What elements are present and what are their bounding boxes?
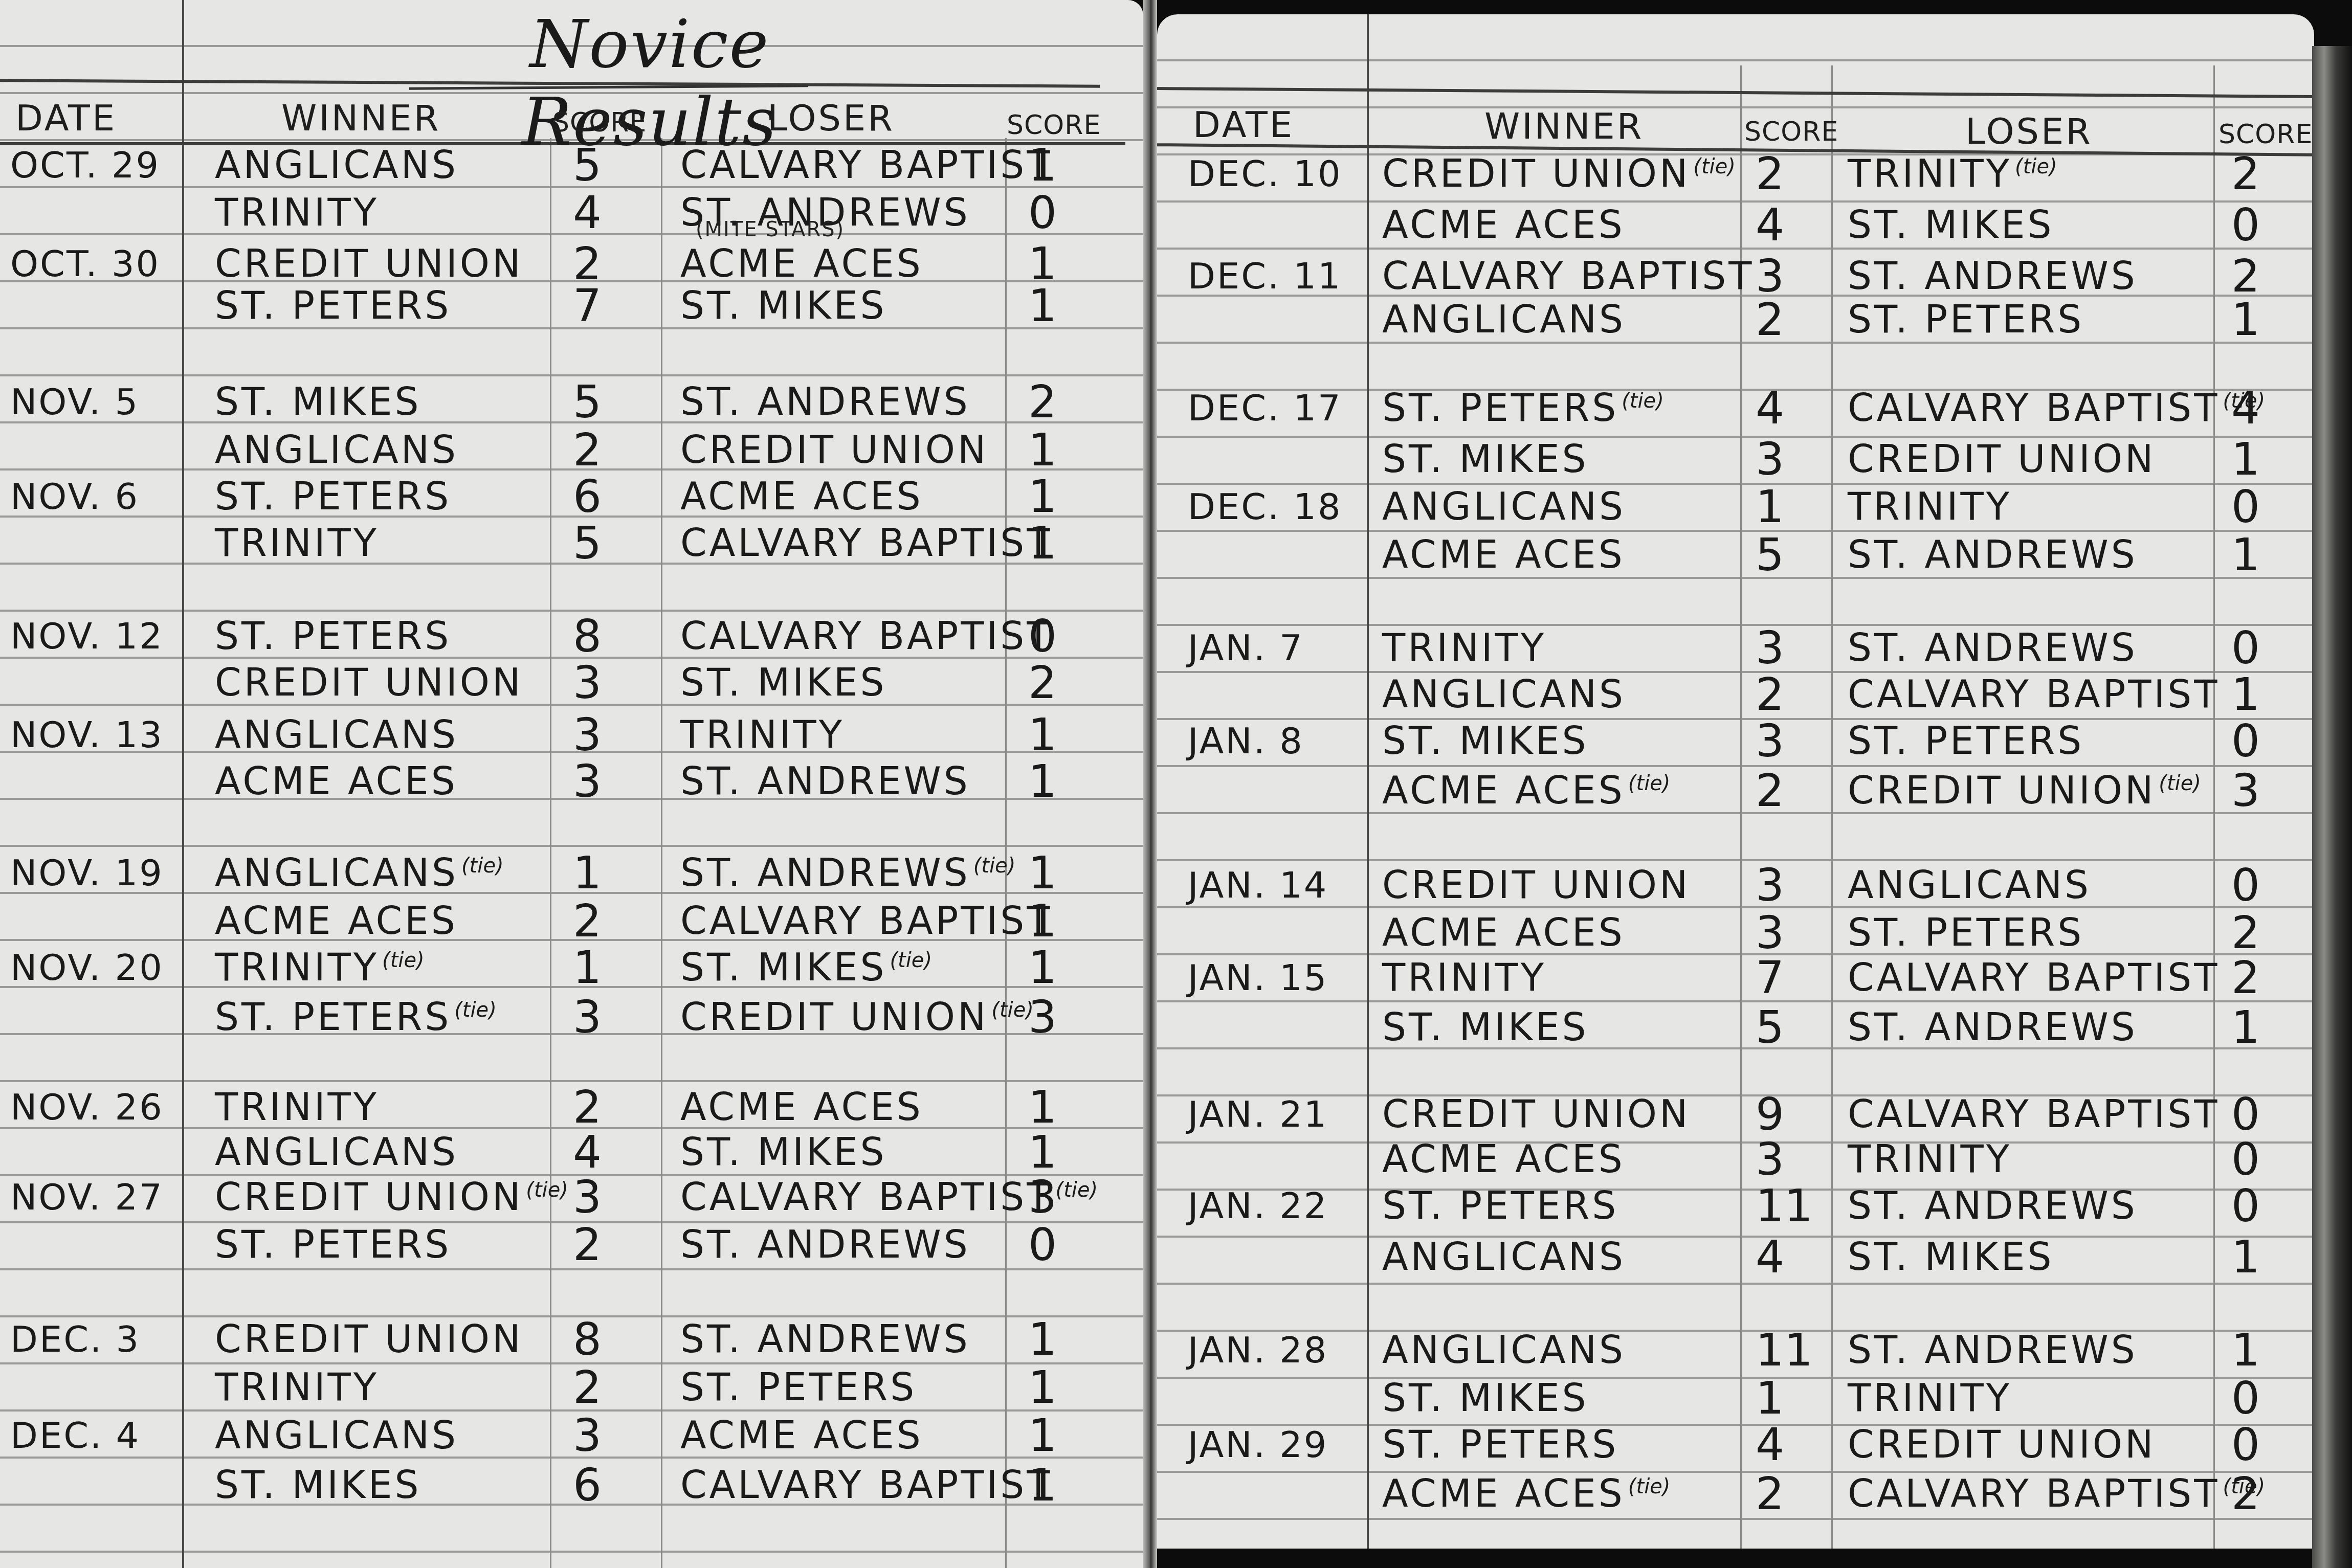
header-winner: WINNER bbox=[1484, 105, 1644, 147]
header-loser: LOSER bbox=[767, 97, 895, 139]
loser-score: 1 bbox=[2231, 297, 2260, 342]
loser-score: 0 bbox=[2231, 863, 2260, 908]
winner-score: 4 bbox=[573, 1130, 602, 1175]
header-loser-score: SCORE bbox=[2218, 119, 2313, 150]
winner-score: 7 bbox=[573, 283, 602, 328]
game-date: NOV. 26 bbox=[10, 1089, 164, 1125]
book-spine bbox=[1143, 0, 1157, 1568]
winner-score: 1 bbox=[1756, 484, 1784, 529]
loser-team: TRINITY bbox=[1848, 1140, 2012, 1178]
loser-score: 1 bbox=[1028, 1463, 1057, 1508]
winner-score: 3 bbox=[573, 1175, 602, 1220]
column-divider-loser bbox=[661, 138, 662, 1568]
tie-marker: (tie) bbox=[1056, 1178, 1098, 1202]
loser-score: 0 bbox=[1028, 190, 1057, 235]
winner-team: ST. PETERS bbox=[215, 617, 451, 655]
winner-score: 8 bbox=[573, 1317, 602, 1362]
winner-score: 2 bbox=[1756, 672, 1784, 717]
loser-team: CALVARY BAPTIST bbox=[680, 617, 1053, 655]
winner-team: ANGLICANS bbox=[1382, 301, 1626, 339]
loser-team: TRINITY bbox=[680, 716, 845, 754]
column-divider-date bbox=[182, 0, 184, 1568]
loser-score: 1 bbox=[2231, 1328, 2260, 1373]
loser-score: 0 bbox=[2231, 625, 2260, 670]
loser-team: CALVARY BAPTIST bbox=[1848, 1095, 2220, 1133]
winner-team: ST. MIKES bbox=[1382, 1009, 1588, 1046]
loser-score: 2 bbox=[2231, 1471, 2260, 1516]
game-date: OCT. 29 bbox=[10, 147, 160, 183]
loser-score: 1 bbox=[1028, 283, 1057, 328]
winner-team: ST. MIKES bbox=[215, 383, 421, 421]
loser-score: 2 bbox=[2231, 254, 2260, 299]
loser-score: 3 bbox=[2231, 768, 2260, 813]
winner-team: ST. PETERS bbox=[1382, 1187, 1618, 1225]
game-date: JAN. 8 bbox=[1188, 723, 1304, 759]
loser-team: ST. MIKES bbox=[680, 1133, 886, 1171]
loser-score: 1 bbox=[1028, 1365, 1057, 1410]
tie-marker: (tie) bbox=[461, 854, 504, 878]
loser-team: ACME ACES bbox=[680, 245, 923, 283]
winner-score: 11 bbox=[1756, 1328, 1813, 1373]
loser-team: CREDIT UNION bbox=[1848, 440, 2156, 478]
winner-team: TRINITY bbox=[215, 1369, 379, 1406]
winner-score: 4 bbox=[1756, 203, 1784, 248]
loser-score: 1 bbox=[1028, 1317, 1057, 1362]
winner-score: 1 bbox=[573, 945, 602, 990]
game-date: JAN. 14 bbox=[1188, 867, 1328, 903]
loser-team: CALVARY BAPTIST bbox=[680, 524, 1053, 562]
winner-score: 5 bbox=[573, 521, 602, 566]
loser-team: CREDIT UNION bbox=[680, 431, 988, 469]
loser-team: ACME ACES bbox=[680, 1088, 923, 1126]
loser-score: 0 bbox=[2231, 1092, 2260, 1137]
loser-team: ST. MIKES(tie) bbox=[680, 949, 932, 987]
loser-score: 1 bbox=[2231, 532, 2260, 577]
loser-team: ST. ANDREWS bbox=[680, 383, 970, 421]
winner-score: 4 bbox=[1756, 1235, 1784, 1280]
winner-score: 2 bbox=[1756, 1471, 1784, 1516]
loser-score: 0 bbox=[1028, 1222, 1057, 1267]
loser-team: ST. ANDREWS bbox=[680, 1320, 970, 1358]
winner-score: 5 bbox=[1756, 532, 1784, 577]
header-winner-score: SCORE bbox=[1744, 117, 1838, 147]
loser-score: 1 bbox=[2231, 1005, 2260, 1050]
winner-score: 3 bbox=[1756, 1137, 1784, 1182]
winner-team: TRINITY bbox=[1382, 629, 1546, 667]
winner-score: 5 bbox=[573, 379, 602, 424]
loser-team: ST. ANDREWS(tie) bbox=[680, 854, 1015, 892]
tie-marker: (tie) bbox=[2159, 772, 2201, 795]
winner-score: 2 bbox=[573, 1222, 602, 1267]
page-stack-edge bbox=[2312, 46, 2352, 1568]
winner-team: ST. PETERS bbox=[1382, 1426, 1618, 1464]
winner-team: ANGLICANS bbox=[1382, 1331, 1626, 1369]
winner-team: TRINITY bbox=[215, 524, 379, 562]
loser-team: CALVARY BAPTIST bbox=[1848, 959, 2220, 997]
loser-score: 1 bbox=[2231, 672, 2260, 717]
loser-score: 0 bbox=[2231, 719, 2260, 764]
loser-team: CALVARY BAPTIST(tie) bbox=[1848, 389, 2265, 427]
loser-team: ST. PETERS bbox=[1848, 301, 2084, 339]
winner-team: ACME ACES bbox=[1382, 914, 1625, 952]
loser-team: TRINITY(tie) bbox=[1848, 155, 2057, 193]
game-date: JAN. 15 bbox=[1188, 960, 1328, 996]
loser-team: CALVARY BAPTIST bbox=[1848, 676, 2220, 713]
winner-team: ACME ACES(tie) bbox=[1382, 1475, 1670, 1513]
winner-team: ANGLICANS bbox=[215, 146, 458, 184]
game-date: NOV. 20 bbox=[10, 950, 164, 985]
winner-score: 2 bbox=[573, 428, 602, 473]
winner-team: ST. MIKES bbox=[1382, 1379, 1588, 1417]
loser-team: CREDIT UNION(tie) bbox=[1848, 772, 2201, 810]
column-divider-loser-score bbox=[1005, 138, 1007, 1568]
winner-team: ST. PETERS bbox=[215, 1226, 451, 1264]
winner-score: 5 bbox=[573, 143, 602, 188]
game-date: DEC. 10 bbox=[1188, 156, 1342, 192]
winner-team: ACME ACES bbox=[1382, 206, 1625, 244]
winner-score: 3 bbox=[573, 712, 602, 757]
tie-marker: (tie) bbox=[1693, 155, 1736, 178]
game-date: JAN. 21 bbox=[1188, 1096, 1328, 1132]
loser-team: ACME ACES bbox=[680, 1417, 923, 1454]
winner-team: CREDIT UNION bbox=[215, 1320, 523, 1358]
winner-score: 3 bbox=[1756, 910, 1784, 955]
winner-score: 2 bbox=[573, 1365, 602, 1410]
game-date: NOV. 13 bbox=[10, 717, 164, 753]
loser-note: (MITE STARS) bbox=[696, 218, 845, 241]
loser-team: CALVARY BAPTIST bbox=[680, 902, 1053, 940]
game-date: DEC. 11 bbox=[1188, 258, 1342, 294]
header-loser: LOSER bbox=[1965, 110, 2093, 152]
loser-team: ST. PETERS bbox=[1848, 722, 2084, 760]
winner-team: ST. MIKES bbox=[215, 1466, 421, 1504]
winner-team: ANGLICANS bbox=[215, 1417, 458, 1454]
tie-marker: (tie) bbox=[454, 998, 497, 1022]
column-divider-loser-score bbox=[2213, 65, 2215, 1549]
loser-score: 0 bbox=[1028, 614, 1057, 659]
winner-team: TRINITY(tie) bbox=[215, 949, 425, 987]
winner-score: 3 bbox=[1756, 437, 1784, 482]
loser-score: 3 bbox=[1028, 995, 1057, 1040]
winner-score: 3 bbox=[1756, 625, 1784, 670]
loser-score: 0 bbox=[2231, 1422, 2260, 1467]
loser-score: 0 bbox=[2231, 203, 2260, 248]
winner-score: 3 bbox=[1756, 719, 1784, 764]
loser-score: 4 bbox=[2231, 386, 2260, 431]
loser-score: 2 bbox=[2231, 910, 2260, 955]
winner-team: ACME ACES bbox=[1382, 1140, 1625, 1178]
loser-team: ST. PETERS bbox=[680, 1369, 917, 1406]
loser-team: ST. ANDREWS bbox=[1848, 1331, 2138, 1369]
game-date: DEC. 18 bbox=[1188, 489, 1342, 525]
tie-marker: (tie) bbox=[973, 854, 1016, 878]
header-top-rule bbox=[1157, 87, 2314, 98]
winner-score: 11 bbox=[1756, 1183, 1813, 1228]
game-date: NOV. 27 bbox=[10, 1179, 164, 1215]
winner-score: 6 bbox=[573, 474, 602, 519]
winner-team: ST. MIKES bbox=[1382, 440, 1588, 478]
header-winner: WINNER bbox=[281, 97, 440, 139]
winner-team: ANGLICANS bbox=[1382, 676, 1626, 713]
loser-score: 1 bbox=[1028, 428, 1057, 473]
winner-score: 3 bbox=[573, 660, 602, 705]
game-date: NOV. 6 bbox=[10, 479, 139, 514]
winner-team: CREDIT UNION(tie) bbox=[215, 1178, 568, 1216]
loser-team: ST. ANDREWS bbox=[1848, 629, 2138, 667]
loser-team: ST. ANDREWS bbox=[1848, 257, 2138, 295]
loser-score: 1 bbox=[1028, 1413, 1057, 1458]
ledger-left-page: Novice Results DATE WINNER SCORE LOSER S… bbox=[0, 0, 1143, 1568]
winner-team: ANGLICANS bbox=[215, 716, 458, 754]
tie-marker: (tie) bbox=[991, 998, 1034, 1022]
game-date: DEC. 4 bbox=[10, 1418, 140, 1453]
winner-score: 9 bbox=[1756, 1092, 1784, 1137]
loser-score: 1 bbox=[1028, 945, 1057, 990]
winner-score: 2 bbox=[1756, 768, 1784, 813]
game-date: DEC. 3 bbox=[10, 1321, 140, 1357]
winner-team: ANGLICANS bbox=[215, 1133, 458, 1171]
winner-score: 2 bbox=[573, 1085, 602, 1130]
winner-score: 4 bbox=[1756, 386, 1784, 431]
winner-team: CREDIT UNION bbox=[1382, 866, 1690, 904]
loser-team: ST. PETERS bbox=[1848, 914, 2084, 952]
loser-score: 1 bbox=[2231, 437, 2260, 482]
loser-score: 0 bbox=[2231, 1183, 2260, 1228]
loser-team: TRINITY bbox=[1848, 1379, 2012, 1417]
column-divider-date bbox=[1367, 14, 1369, 1549]
loser-team: CREDIT UNION(tie) bbox=[680, 998, 1034, 1036]
winner-score: 3 bbox=[573, 1413, 602, 1458]
winner-score: 3 bbox=[1756, 863, 1784, 908]
loser-team: ACME ACES bbox=[680, 478, 923, 516]
header-loser-score: SCORE bbox=[1007, 110, 1101, 141]
winner-team: ACME ACES(tie) bbox=[1382, 772, 1670, 810]
winner-score: 6 bbox=[573, 1463, 602, 1508]
game-date: NOV. 12 bbox=[10, 618, 164, 654]
game-date: NOV. 5 bbox=[10, 384, 139, 420]
winner-score: 7 bbox=[1756, 955, 1784, 1000]
game-date: JAN. 7 bbox=[1188, 630, 1304, 666]
winner-score: 2 bbox=[1756, 297, 1784, 342]
loser-team: CREDIT UNION bbox=[1848, 1426, 2156, 1464]
loser-score: 0 bbox=[2231, 1137, 2260, 1182]
winner-team: ACME ACES bbox=[1382, 536, 1625, 574]
loser-score: 1 bbox=[1028, 474, 1057, 519]
winner-score: 3 bbox=[1756, 254, 1784, 299]
tie-marker: (tie) bbox=[2015, 155, 2057, 178]
winner-team: CREDIT UNION bbox=[215, 245, 523, 283]
loser-score: 2 bbox=[2231, 151, 2260, 196]
loser-score: 1 bbox=[1028, 759, 1057, 804]
loser-score: 1 bbox=[1028, 1085, 1057, 1130]
winner-score: 2 bbox=[573, 899, 602, 944]
winner-team: ANGLICANS bbox=[1382, 488, 1626, 526]
tie-marker: (tie) bbox=[382, 949, 425, 972]
winner-team: ANGLICANS bbox=[1382, 1238, 1626, 1276]
header-date: DATE bbox=[15, 97, 117, 139]
winner-team: ST. PETERS bbox=[215, 478, 451, 516]
winner-team: ANGLICANS(tie) bbox=[215, 854, 504, 892]
loser-team: ST. ANDREWS bbox=[680, 763, 970, 800]
loser-score: 1 bbox=[1028, 1130, 1057, 1175]
loser-team: ANGLICANS bbox=[1848, 866, 2091, 904]
header-winner-score: SCORE bbox=[552, 107, 647, 138]
winner-score: 1 bbox=[573, 850, 602, 895]
loser-score: 0 bbox=[2231, 484, 2260, 529]
loser-team: TRINITY bbox=[1848, 488, 2012, 526]
tie-marker: (tie) bbox=[890, 949, 932, 972]
winner-score: 1 bbox=[1756, 1376, 1784, 1421]
winner-score: 4 bbox=[1756, 1422, 1784, 1467]
tie-marker: (tie) bbox=[1628, 772, 1671, 795]
loser-score: 1 bbox=[1028, 143, 1057, 188]
loser-score: 1 bbox=[1028, 521, 1057, 566]
loser-team: CALVARY BAPTIST(tie) bbox=[1848, 1475, 2265, 1513]
tie-marker: (tie) bbox=[1628, 1475, 1671, 1498]
winner-team: CREDIT UNION bbox=[1382, 1095, 1690, 1133]
game-date: OCT. 30 bbox=[10, 246, 160, 282]
game-date: DEC. 17 bbox=[1188, 390, 1342, 426]
loser-score: 1 bbox=[2231, 1235, 2260, 1280]
winner-team: ST. PETERS(tie) bbox=[215, 998, 497, 1036]
loser-team: ST. ANDREWS bbox=[680, 1226, 970, 1264]
loser-team: ST. ANDREWS bbox=[1848, 536, 2138, 574]
loser-team: CALVARY BAPTIST bbox=[680, 1466, 1053, 1504]
winner-team: TRINITY bbox=[215, 194, 379, 232]
loser-team: ST. ANDREWS bbox=[1848, 1009, 2138, 1046]
column-divider-winner-score bbox=[550, 138, 551, 1568]
loser-score: 1 bbox=[1028, 712, 1057, 757]
winner-score: 5 bbox=[1756, 1005, 1784, 1050]
winner-team: TRINITY bbox=[215, 1088, 379, 1126]
winner-team: ST. MIKES bbox=[1382, 722, 1588, 760]
winner-team: TRINITY bbox=[1382, 959, 1546, 997]
loser-score: 2 bbox=[1028, 379, 1057, 424]
loser-team: ST. ANDREWS bbox=[1848, 1187, 2138, 1225]
winner-score: 4 bbox=[573, 190, 602, 235]
winner-team: ST. PETERS(tie) bbox=[1382, 389, 1664, 427]
game-date: JAN. 22 bbox=[1188, 1188, 1328, 1224]
winner-score: 3 bbox=[573, 995, 602, 1040]
loser-score: 1 bbox=[1028, 899, 1057, 944]
winner-score: 3 bbox=[573, 759, 602, 804]
winner-score: 2 bbox=[1756, 151, 1784, 196]
loser-team: ST. MIKES bbox=[680, 287, 886, 325]
loser-score: 2 bbox=[2231, 955, 2260, 1000]
winner-team: CREDIT UNION bbox=[215, 664, 523, 702]
loser-team: CALVARY BAPTIST bbox=[680, 146, 1053, 184]
tie-marker: (tie) bbox=[1622, 389, 1664, 413]
loser-team: ST. MIKES bbox=[1848, 1238, 2054, 1276]
winner-score: 8 bbox=[573, 614, 602, 659]
winner-team: CALVARY BAPTIST bbox=[1382, 257, 1755, 295]
loser-score: 2 bbox=[1028, 660, 1057, 705]
winner-team: ST. PETERS bbox=[215, 287, 451, 325]
loser-score: 3 bbox=[1028, 1175, 1057, 1220]
loser-team: ST. MIKES bbox=[680, 664, 886, 702]
loser-score: 0 bbox=[2231, 1376, 2260, 1421]
tie-marker: (tie) bbox=[526, 1178, 568, 1202]
game-date: JAN. 28 bbox=[1188, 1332, 1328, 1368]
winner-team: CREDIT UNION(tie) bbox=[1382, 155, 1736, 193]
winner-team: ANGLICANS bbox=[215, 431, 458, 469]
winner-team: ACME ACES bbox=[215, 763, 458, 800]
loser-team: ST. MIKES bbox=[1848, 206, 2054, 244]
header-date: DATE bbox=[1193, 104, 1294, 146]
loser-score: 1 bbox=[1028, 850, 1057, 895]
ledger-right-page: DATE WINNER SCORE LOSER SCORE DEC. 10CRE… bbox=[1157, 14, 2314, 1549]
game-date: JAN. 29 bbox=[1188, 1427, 1328, 1463]
winner-team: ACME ACES bbox=[215, 902, 458, 940]
game-date: NOV. 19 bbox=[10, 855, 164, 891]
column-divider-loser bbox=[1831, 65, 1833, 1549]
